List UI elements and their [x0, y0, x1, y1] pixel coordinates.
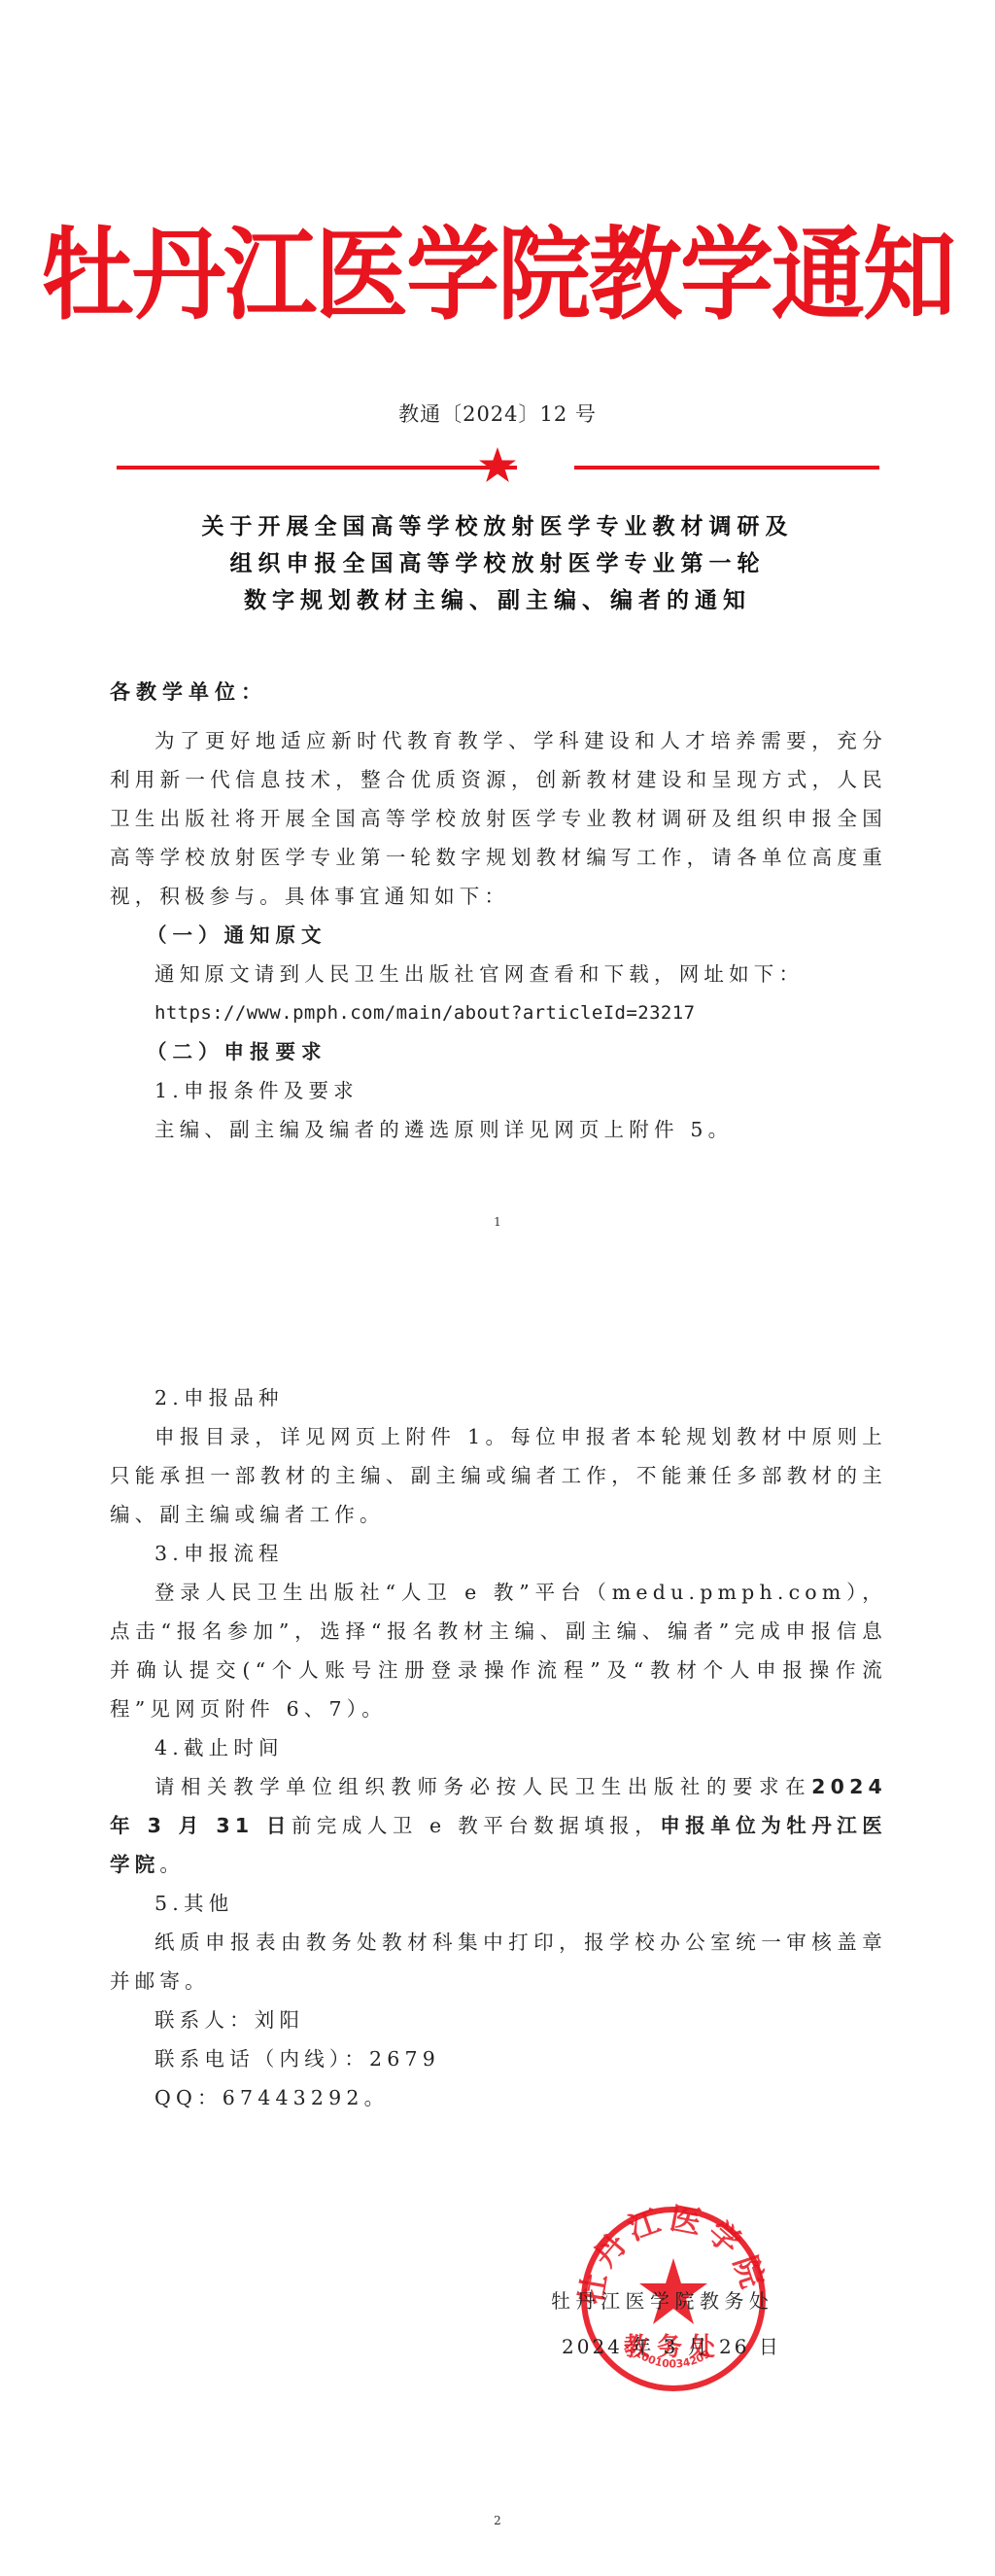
item-text-varieties: 申报目录，详见网页上附件 1。每位申报者本轮规划教材中原则上只能承担一部教材的主… — [110, 1417, 887, 1534]
section-heading-original-notice: （一）通知原文 — [110, 916, 887, 955]
item-text-other: 纸质申报表由教务处教材科集中打印，报学校办公室统一审核盖章并邮寄。 — [110, 1923, 887, 2001]
title-line: 数字规划教材主编、副主编、编者的通知 — [0, 582, 995, 619]
item-text-deadline: 请相关教学单位组织教师务必按人民卫生出版社的要求在2024 年 3 月 31 日… — [110, 1767, 887, 1884]
deadline-text: 请相关教学单位组织教师务必按人民卫生出版社的要求在 — [154, 1775, 811, 1798]
page-number: 2 — [0, 2514, 995, 2527]
page-1-body: 为了更好地适应新时代教育教学、学科建设和人才培养需要，充分利用新一代信息技术，整… — [110, 721, 887, 1149]
item-text-conditions: 主编、副主编及编者的遴选原则详见网页上附件 5。 — [110, 1110, 887, 1149]
title-line: 关于开展全国高等学校放射医学专业教材调研及 — [0, 508, 995, 545]
document-number: 教通〔2024〕12 号 — [0, 399, 995, 428]
item-title-conditions: 1.申报条件及要求 — [110, 1071, 887, 1110]
signing-office: 牡丹江医学院教务处 — [551, 2285, 774, 2314]
contact-person: 联系人：刘阳 — [110, 2001, 887, 2039]
salutation: 各教学单位： — [110, 677, 267, 706]
notice-url-link[interactable]: https://www.pmph.com/main/about?articleI… — [110, 993, 887, 1032]
item-title-other: 5.其他 — [110, 1884, 887, 1923]
divider-line-left — [117, 466, 517, 470]
divider-line-right — [574, 466, 879, 470]
notice-title: 关于开展全国高等学校放射医学专业教材调研及 组织申报全国高等学校放射医学专业第一… — [0, 508, 995, 619]
item-title-deadline: 4.截止时间 — [110, 1728, 887, 1767]
section-heading-requirements: （二）申报要求 — [110, 1032, 887, 1071]
contact-qq: QQ：67443292。 — [110, 2078, 887, 2117]
intro-paragraph: 为了更好地适应新时代教育教学、学科建设和人才培养需要，充分利用新一代信息技术，整… — [110, 721, 887, 916]
page-2-body: 2.申报品种 申报目录，详见网页上附件 1。每位申报者本轮规划教材中原则上只能承… — [110, 1378, 887, 2117]
item-text-process: 登录人民卫生出版社“人卫 e 教”平台（medu.pmph.com），点击“报名… — [110, 1573, 887, 1728]
contact-phone: 联系电话（内线）：2679 — [110, 2039, 887, 2078]
masthead-title: 牡丹江医学院教学通知 — [0, 218, 995, 333]
star-icon — [478, 445, 517, 484]
original-notice-text: 通知原文请到人民卫生出版社官网查看和下载，网址如下： — [110, 955, 887, 993]
signing-date: 2024 年 3 月 26 日 — [562, 2331, 781, 2359]
page-number: 1 — [0, 1215, 995, 1229]
deadline-text: 前完成人卫 e 教平台数据填报， — [292, 1814, 660, 1837]
deadline-text: 。 — [159, 1853, 185, 1876]
item-title-process: 3.申报流程 — [110, 1534, 887, 1573]
item-title-varieties: 2.申报品种 — [110, 1378, 887, 1417]
title-line: 组织申报全国高等学校放射医学专业第一轮 — [0, 545, 995, 582]
